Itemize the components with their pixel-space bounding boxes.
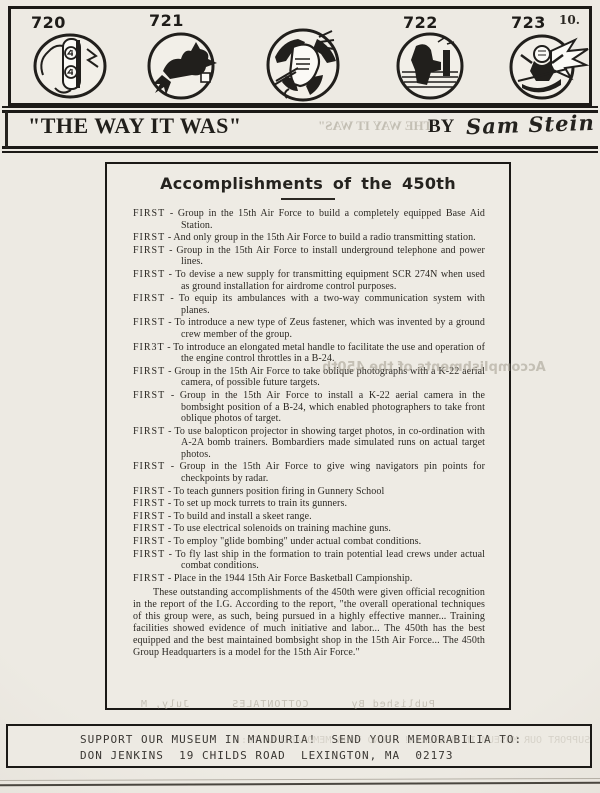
masthead-title: "THE WAY IT WAS" (28, 113, 242, 139)
footer-line-2: DON JENKINS 19 CHILDS ROAD LEXINGTON, MA… (80, 748, 590, 764)
footer-line-1: SUPPORT OUR MUSEUM IN MANDURIA! SEND YOU… (80, 732, 590, 748)
masthead-rule-top-thin (2, 106, 598, 108)
squadron-723-emblem-icon (505, 29, 591, 101)
scan-edge-mark (5, 111, 8, 148)
first-item: FIRST - To devise a new supply for trans… (133, 269, 485, 292)
first-item: FIRST - And only group in the 15th Air F… (133, 232, 485, 244)
page-number: 10. (559, 13, 580, 27)
first-item: FIRST - To use electrical solenoids on t… (133, 523, 485, 535)
squadron-emblem-strip: 720 721 722 723 10. (8, 6, 592, 106)
page-bottom-edge-light (0, 778, 600, 781)
article-heading: Accomplishments of the 450th (107, 174, 509, 193)
group-450-globe-emblem-icon (263, 27, 343, 103)
heading-underline (281, 198, 335, 200)
first-item: FIR3T - To introduce an elongated metal … (133, 342, 485, 365)
first-item: FIRST - To equip its ambulances with a t… (133, 293, 485, 316)
first-item: FIRST - Place in the 1944 15th Air Force… (133, 573, 485, 585)
masthead-rule-bottom-thick (2, 146, 598, 149)
first-item: FIRST - To fly last ship in the formatio… (133, 549, 485, 572)
page-bottom-edge (0, 782, 600, 787)
first-item: FIRST - Group in the 15th Air Force to i… (133, 245, 485, 268)
squadron-number-720: 720 (31, 13, 66, 32)
footer-box: SUPPORT OUR MUSEUM IN MANDURIA! SEND YOU… (6, 724, 592, 768)
first-item: FIRST - To build and install a skeet ran… (133, 511, 485, 523)
squadron-720-emblem-icon (29, 31, 111, 101)
first-item: FIRST - To employ "glide bombing" under … (133, 536, 485, 548)
squadron-721-emblem-icon (145, 31, 217, 101)
bleed-through-title: "THE WAY IT WAS" (318, 118, 440, 134)
first-item: FIRST - To use balopticon projector in s… (133, 426, 485, 461)
masthead-author-signature: Sam Stein (466, 110, 596, 139)
first-list: FIRST - Group in the 15th Air Force to b… (107, 208, 509, 584)
first-item: FIRST - Group in the 15th Air Force to t… (133, 366, 485, 389)
first-item: FIRST - To introduce a new type of Zeus … (133, 317, 485, 340)
first-item: FIRST - To set up mock turrets to train … (133, 498, 485, 510)
squadron-number-722: 722 (403, 13, 438, 32)
closing-paragraph: These outstanding accomplishments of the… (107, 587, 509, 658)
first-item: FIRST - Group in the 15th Air Force to b… (133, 208, 485, 231)
first-item: FIRST - Group in the 15th Air Force to g… (133, 461, 485, 484)
accomplishments-box: Accomplishments of the 450th Accomplishm… (105, 162, 511, 710)
squadron-number-721: 721 (149, 11, 184, 30)
first-item: FIRST - Group in the 15th Air Force to i… (133, 390, 485, 425)
first-item: FIRST - To teach gunners position firing… (133, 486, 485, 498)
squadron-722-emblem-icon (393, 31, 467, 101)
masthead-rule-bottom-thin (2, 151, 598, 153)
masthead-by-label: BY (428, 116, 454, 138)
